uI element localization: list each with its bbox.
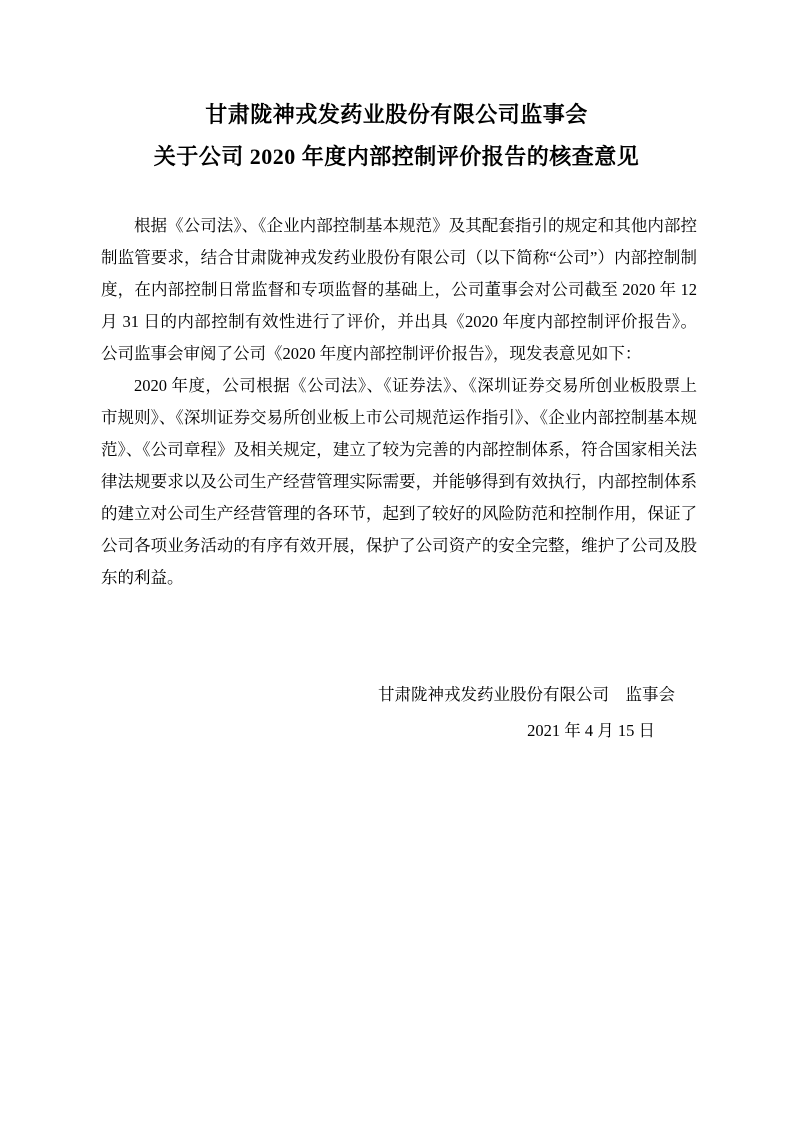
document-title-line2: 关于公司 2020 年度内部控制评价报告的核查意见: [0, 136, 793, 178]
signature-date: 2021 年 4 月 15 日: [101, 713, 697, 749]
document-title: 甘肃陇神戎发药业股份有限公司监事会 关于公司 2020 年度内部控制评价报告的核…: [0, 94, 793, 178]
paragraph-basis: 根据《公司法》、《企业内部控制基本规范》及其配套指引的规定和其他内部控制监管要求…: [101, 210, 697, 370]
document-body: 根据《公司法》、《企业内部控制基本规范》及其配套指引的规定和其他内部控制监管要求…: [101, 210, 697, 594]
signature-company: 甘肃陇神戎发药业股份有限公司 监事会: [101, 677, 697, 713]
document-page: 甘肃陇神戎发药业股份有限公司监事会 关于公司 2020 年度内部控制评价报告的核…: [0, 0, 793, 1122]
paragraph-opinion: 2020 年度，公司根据《公司法》、《证券法》、《深圳证券交易所创业板股票上市规…: [101, 370, 697, 594]
signature-block: 甘肃陇神戎发药业股份有限公司 监事会 2021 年 4 月 15 日: [101, 677, 697, 749]
document-title-line1: 甘肃陇神戎发药业股份有限公司监事会: [0, 94, 793, 136]
